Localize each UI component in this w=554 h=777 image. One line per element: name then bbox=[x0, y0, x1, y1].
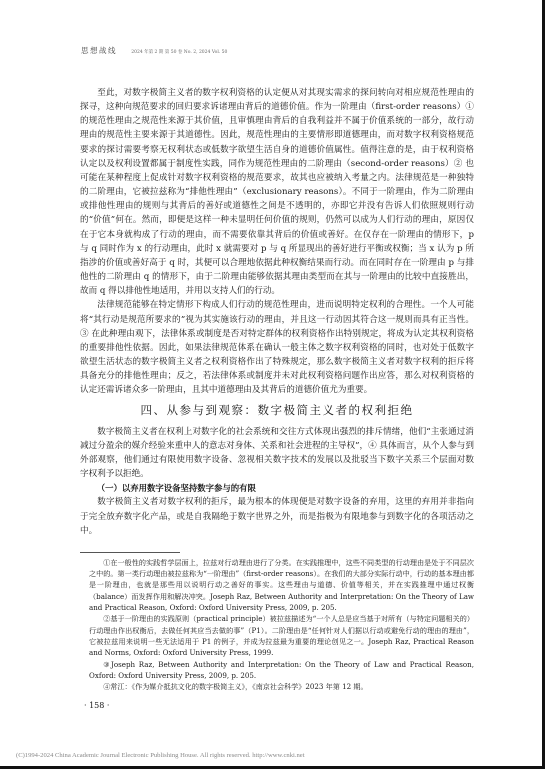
subsection-paragraph: 数字极简主义者对数字权利的拒斥，最为根本的体现便是对数字设备的弃用，这里的弃用并… bbox=[80, 495, 474, 537]
footnote-divider bbox=[80, 552, 180, 553]
footnote-3: ③Joseph Raz, Between Authority and Inter… bbox=[80, 659, 474, 682]
section-paragraph: 数字极简主义者在权利上对数字化的社会系统和交往方式体现出强烈的排斥情绪，他们“主… bbox=[80, 425, 474, 482]
article-body: 至此，对数字极简主义者的数字权利资格的认定便从对其现实需求的探问转向对相应规范性… bbox=[80, 86, 474, 714]
copyright-notice: (C)1994-2024 China Academic Journal Elec… bbox=[16, 752, 305, 759]
journal-name: 思想战线 bbox=[81, 46, 117, 55]
footnotes: ①在一般性的实践哲学层面上，拉兹对行动理由进行了分类。在实践推理中，这些不同类型… bbox=[80, 557, 474, 693]
body-paragraph: 法律规范能够在特定情形下构成人们行动的规范性理由，进而说明特定权利的合理性。一个… bbox=[80, 298, 474, 397]
footnote-4: ④常江：《作为媒介抵抗文化的数字极简主义》，《南京社会科学》2023 年第 12… bbox=[80, 681, 474, 692]
section-heading: 四、从参与到观察：数字极简主义者的权利拒绝 bbox=[80, 403, 474, 417]
subsection-heading: （一）以弃用数字设备坚持数字参与的有限 bbox=[80, 481, 474, 495]
footnote-1: ①在一般性的实践哲学层面上，拉兹对行动理由进行了分类。在实践推理中，这些不同类型… bbox=[80, 557, 474, 613]
body-paragraph: 至此，对数字极简主义者的数字权利资格的认定便从对其现实需求的探问转向对相应规范性… bbox=[80, 86, 474, 298]
running-header: 思想战线 2024 年第 2 期 第 50 卷 No. 2, 2024 Vol.… bbox=[81, 45, 227, 55]
page-number: · 158 · bbox=[80, 699, 474, 713]
issue-info: 2024 年第 2 期 第 50 卷 No. 2, 2024 Vol. 50 bbox=[131, 50, 227, 55]
footnote-2: ②基于一阶理由的实践原则（practical principle）被拉兹描述为“… bbox=[80, 613, 474, 658]
page: 思想战线 2024 年第 2 期 第 50 卷 No. 2, 2024 Vol.… bbox=[0, 0, 545, 769]
